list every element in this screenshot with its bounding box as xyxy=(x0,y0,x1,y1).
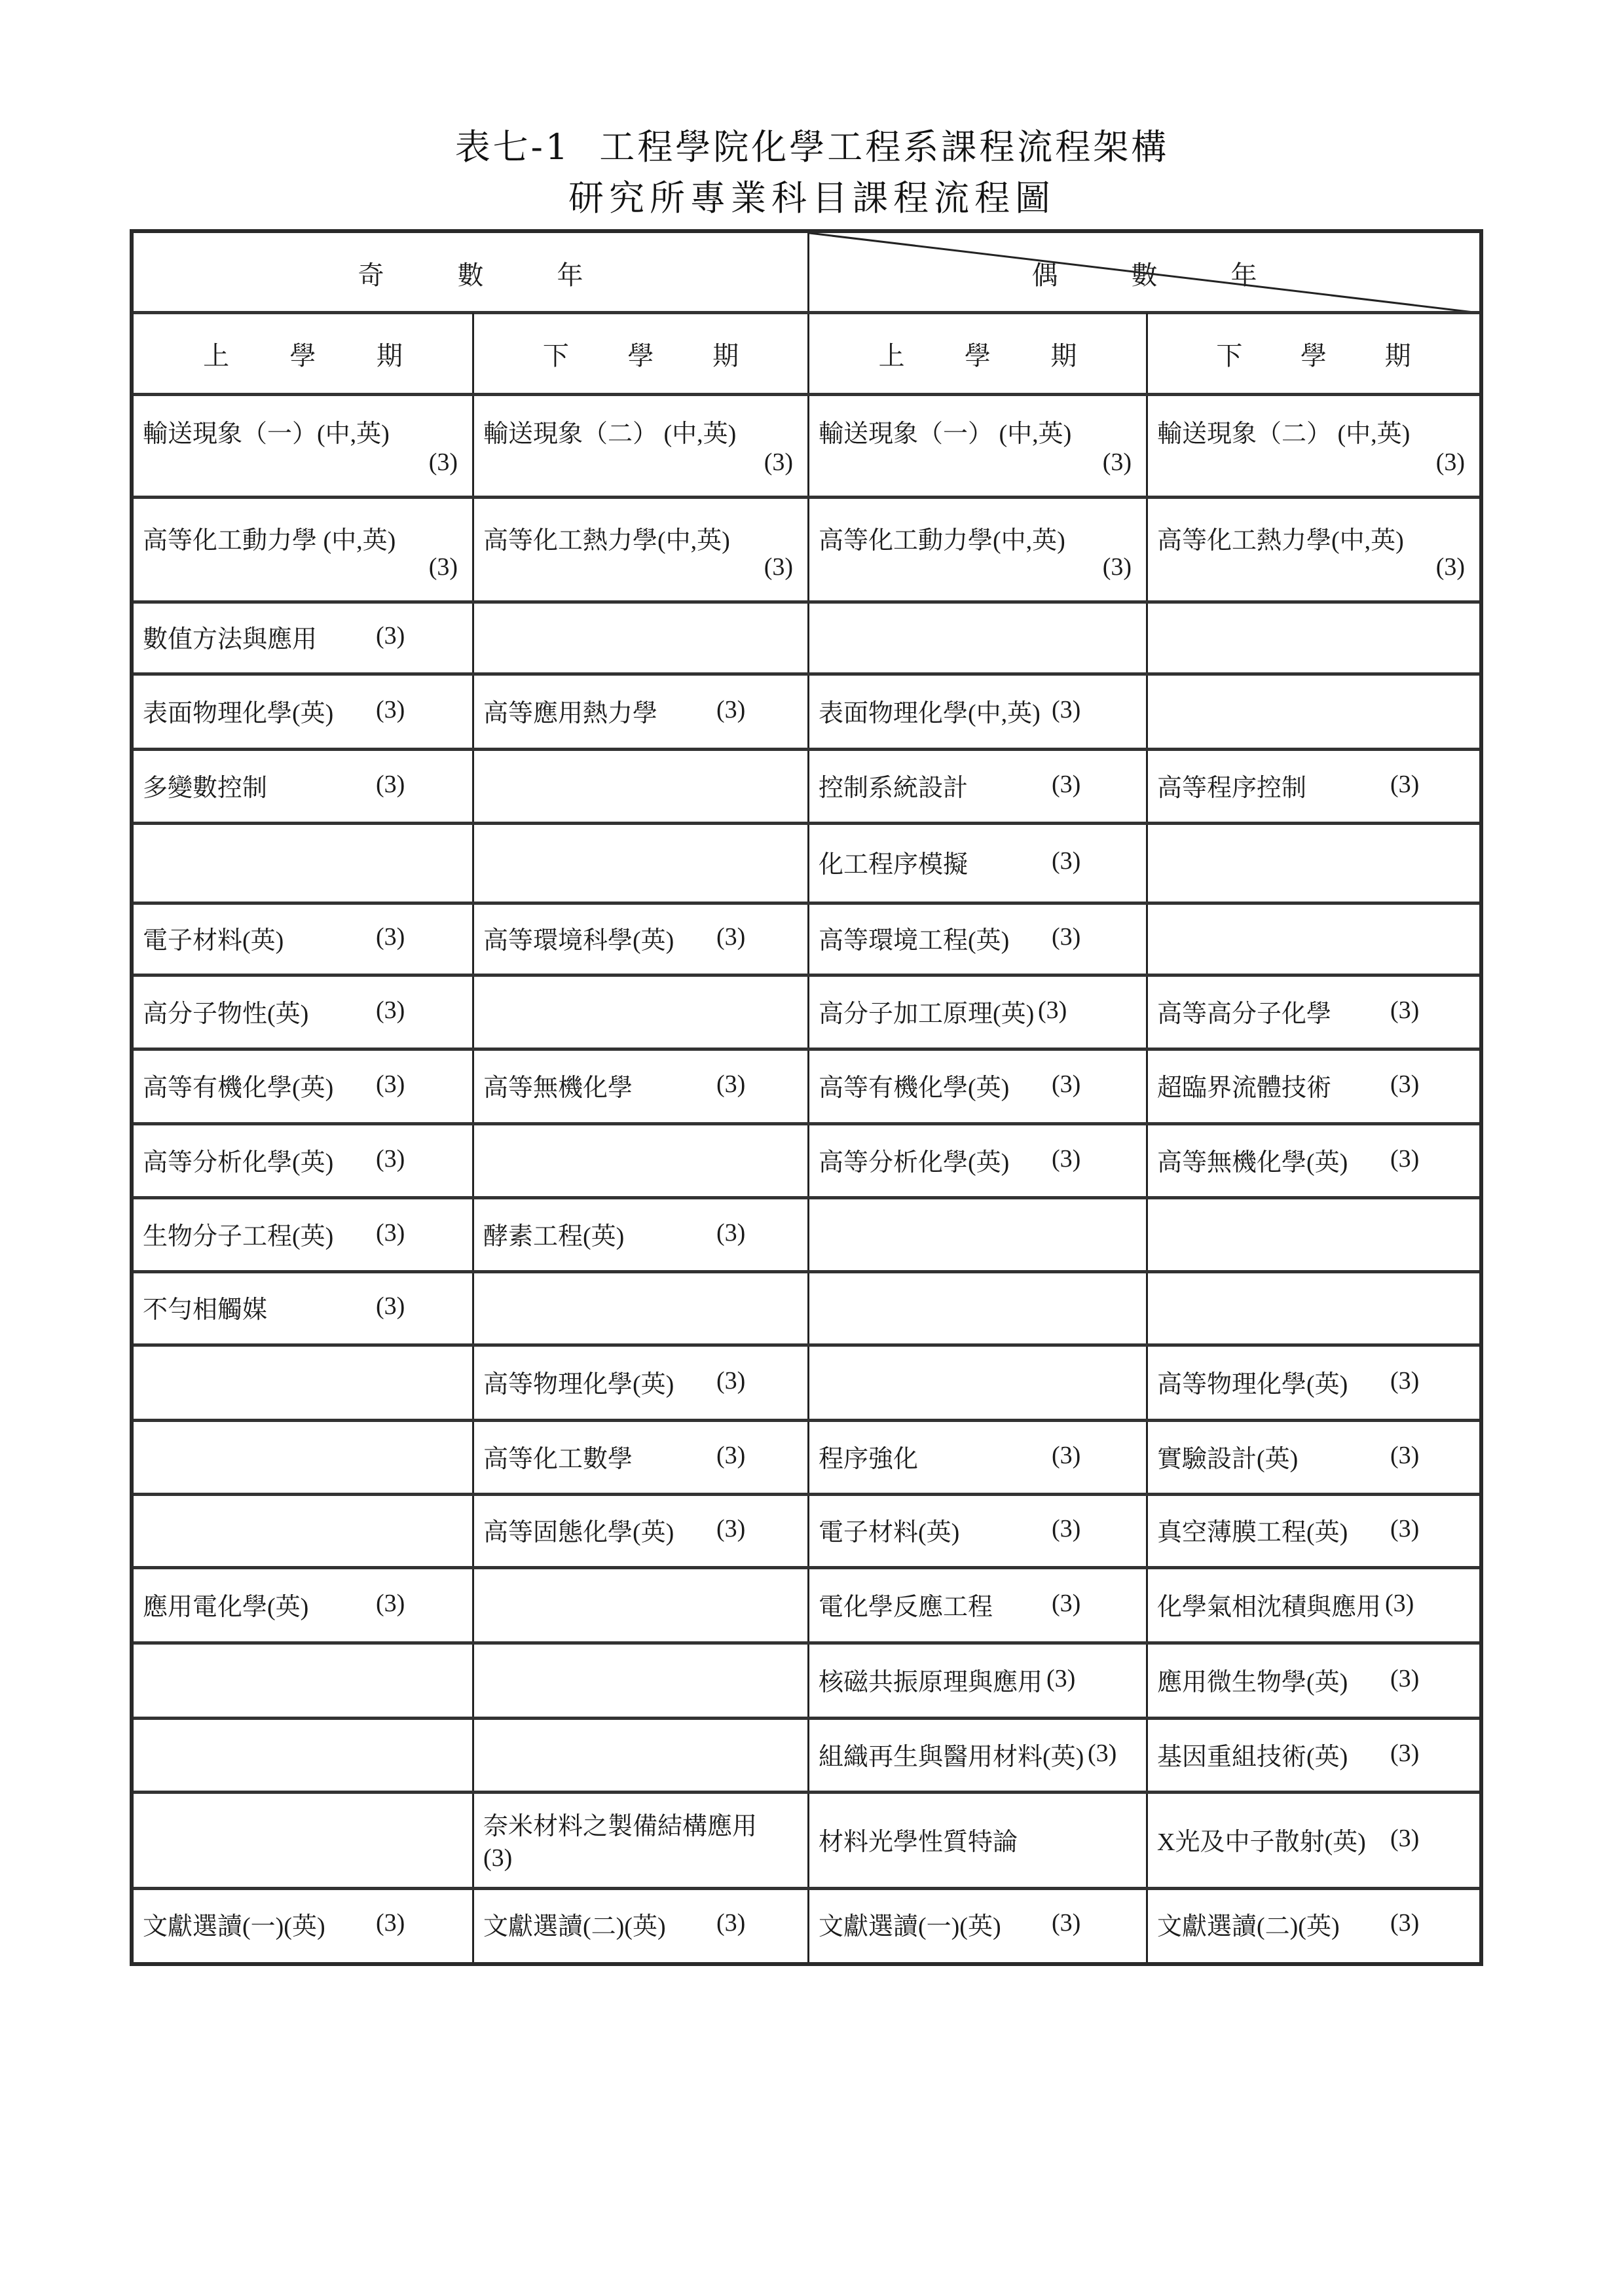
course-cell: 文獻選讀(二)(英)(3) xyxy=(1148,1889,1479,1962)
course-name: 高等高分子化學 xyxy=(1157,993,1331,1029)
course-name: 文獻選讀(二)(英) xyxy=(483,1906,666,1942)
course-name: 材料光學性質特論 xyxy=(819,1821,1018,1857)
odd-year-char: 數 xyxy=(458,255,484,292)
course-cell: 高等高分子化學(3) xyxy=(1148,975,1479,1049)
course-name: 化工程序模擬 xyxy=(819,844,968,880)
course-credits: (3) xyxy=(1038,996,1067,1025)
semester-char: 期 xyxy=(1050,335,1077,373)
course-cell: 文獻選讀(一)(英)(3) xyxy=(134,1889,472,1962)
course-cell: 文獻選讀(二)(英)(3) xyxy=(474,1889,807,1962)
course-name: 奈米材料之製備結構應用 xyxy=(483,1806,757,1842)
semester-char: 期 xyxy=(712,335,739,373)
empty-cell xyxy=(1148,674,1479,750)
course-name: 基因重組技術(英) xyxy=(1157,1736,1348,1772)
course-name: 文獻選讀(一)(英) xyxy=(143,1906,325,1942)
course-cell: 核磁共振原理與應用(3) xyxy=(809,1643,1146,1719)
empty-cell xyxy=(134,1719,472,1793)
course-cell: 控制系統設計(3) xyxy=(809,750,1146,824)
course-credits: (3) xyxy=(1390,1908,1419,1937)
course-credits: (3) xyxy=(376,1589,405,1618)
semester-char: 期 xyxy=(377,335,403,373)
course-cell: 材料光學性質特論 xyxy=(809,1793,1146,1889)
course-cell: 輸送現象（二） (中,英)(3) xyxy=(474,391,807,498)
course-credits: (3) xyxy=(1390,996,1419,1025)
course-name: 應用微生物學(英) xyxy=(1157,1662,1348,1698)
course-name: 輸送現象（一） (中,英) xyxy=(819,413,1071,449)
empty-cell xyxy=(474,1272,807,1345)
course-credits: (3) xyxy=(376,1218,405,1247)
course-cell: 程序強化(3) xyxy=(809,1421,1146,1495)
title-line-1: 工程學院化學工程系課程流程架構 xyxy=(599,126,1169,168)
course-credits: (3) xyxy=(1390,1514,1419,1543)
course-name: 生物分子工程(英) xyxy=(143,1216,333,1252)
course-credits: (3) xyxy=(1052,1589,1080,1618)
course-cell: 高等物理化學(英)(3) xyxy=(474,1345,807,1421)
course-cell: 化工程序模擬(3) xyxy=(809,824,1146,903)
course-name: 高等有機化學(英) xyxy=(819,1067,1009,1103)
course-cell: 高等有機化學(英)(3) xyxy=(134,1049,472,1124)
course-credits: (3) xyxy=(1385,1589,1414,1618)
course-cell: 多變數控制(3) xyxy=(134,750,472,824)
course-name: 輸送現象（二） (中,英) xyxy=(1157,413,1410,449)
empty-cell xyxy=(134,1495,472,1568)
course-cell: 高等化工數學(3) xyxy=(474,1421,807,1495)
course-cell: 高等有機化學(英)(3) xyxy=(809,1049,1146,1124)
course-credits: (3) xyxy=(1390,1664,1419,1693)
course-credits: (3) xyxy=(716,1514,745,1543)
course-name: 電化學反應工程 xyxy=(819,1586,993,1622)
course-credits: (3) xyxy=(376,1070,405,1099)
course-credits: (3) xyxy=(429,553,458,581)
semester-header: 上學期 xyxy=(809,313,1146,395)
empty-cell xyxy=(134,1793,472,1889)
course-name: 高等分析化學(英) xyxy=(819,1142,1009,1178)
course-credits: (3) xyxy=(1052,770,1080,799)
course-credits: (3) xyxy=(1052,922,1080,951)
course-cell: 超臨界流體技術(3) xyxy=(1148,1049,1479,1124)
course-cell: 不勻相觸媒(3) xyxy=(134,1272,472,1345)
course-name: 組織再生與醫用材料(英) xyxy=(819,1736,1084,1772)
empty-cell xyxy=(474,1124,807,1198)
course-name: 高等化工熱力學(中,英) xyxy=(1157,520,1404,556)
course-credits: (3) xyxy=(716,1366,745,1395)
course-name: 高等化工動力學(中,英) xyxy=(819,520,1065,556)
course-credits: (3) xyxy=(1436,448,1465,477)
course-name: 高等化工熱力學(中,英) xyxy=(483,520,730,556)
empty-cell xyxy=(809,602,1146,674)
course-cell: 高等化工動力學 (中,英)(3) xyxy=(134,498,472,602)
course-cell: 實驗設計(英)(3) xyxy=(1148,1421,1479,1495)
semester-header: 下學期 xyxy=(474,313,807,395)
course-name: 高等應用熱力學 xyxy=(483,693,657,729)
empty-cell xyxy=(474,975,807,1049)
course-cell: 生物分子工程(英)(3) xyxy=(134,1198,472,1272)
course-credits: (3) xyxy=(1390,1824,1419,1853)
course-name: 多變數控制 xyxy=(143,767,267,803)
empty-cell xyxy=(1148,602,1479,674)
course-cell: 酵素工程(英)(3) xyxy=(474,1198,807,1272)
course-credits: (3) xyxy=(1390,1144,1419,1173)
course-name: 超臨界流體技術 xyxy=(1157,1067,1331,1103)
table-number: 表七-1 xyxy=(455,126,571,168)
course-credits: (3) xyxy=(716,695,745,724)
course-cell: 高分子加工原理(英)(3) xyxy=(809,975,1146,1049)
course-name: 應用電化學(英) xyxy=(143,1586,308,1622)
course-name: 高等有機化學(英) xyxy=(143,1067,333,1103)
empty-cell xyxy=(474,1643,807,1719)
course-credits: (3) xyxy=(1052,1070,1080,1099)
course-name: 輸送現象（二） (中,英) xyxy=(483,413,736,449)
course-credits: (3) xyxy=(1046,1664,1075,1693)
course-cell: 電子材料(英)(3) xyxy=(134,903,472,975)
semester-char: 學 xyxy=(627,335,654,373)
course-cell: 電化學反應工程(3) xyxy=(809,1568,1146,1643)
course-credits: (3) xyxy=(716,1908,745,1937)
course-cell: 組織再生與醫用材料(英)(3) xyxy=(809,1719,1146,1793)
course-name: 不勻相觸媒 xyxy=(143,1289,267,1325)
empty-cell xyxy=(134,824,472,903)
course-credits: (3) xyxy=(1390,1441,1419,1470)
course-name: 高等固態化學(英) xyxy=(483,1512,674,1548)
semester-char: 期 xyxy=(1385,335,1411,373)
course-cell: 電子材料(英)(3) xyxy=(809,1495,1146,1568)
course-credits: (3) xyxy=(1052,1441,1080,1470)
course-credits: (3) xyxy=(1436,553,1465,581)
course-name: 程序強化 xyxy=(819,1438,918,1474)
empty-cell xyxy=(134,1421,472,1495)
course-cell: 高分子物性(英)(3) xyxy=(134,975,472,1049)
course-cell: 表面物理化學(英)(3) xyxy=(134,674,472,750)
course-cell: 高等環境工程(英)(3) xyxy=(809,903,1146,975)
course-name: 實驗設計(英) xyxy=(1157,1438,1298,1474)
course-credits: (3) xyxy=(764,448,793,477)
course-name: 文獻選讀(一)(英) xyxy=(819,1906,1001,1942)
course-name: 高分子物性(英) xyxy=(143,993,308,1029)
course-credits: (3) xyxy=(376,621,405,650)
course-cell: 高等環境科學(英)(3) xyxy=(474,903,807,975)
course-credits: (3) xyxy=(376,996,405,1025)
odd-year-header: 奇 數 年 xyxy=(134,233,807,313)
course-credits: (3) xyxy=(1390,770,1419,799)
course-name: 電子材料(英) xyxy=(143,920,284,956)
course-credits: (3) xyxy=(1390,1366,1419,1395)
empty-cell xyxy=(809,1198,1146,1272)
course-credits: (3) xyxy=(716,922,745,951)
odd-year-char: 奇 xyxy=(358,255,384,292)
empty-cell xyxy=(474,602,807,674)
course-cell: 高等無機化學(3) xyxy=(474,1049,807,1124)
empty-cell xyxy=(1148,1198,1479,1272)
course-credits: (3) xyxy=(1390,1739,1419,1768)
empty-cell xyxy=(1148,903,1479,975)
course-name: 酵素工程(英) xyxy=(483,1216,624,1252)
course-name: 高等環境科學(英) xyxy=(483,920,674,956)
course-credits: (3) xyxy=(764,553,793,581)
odd-year-char: 年 xyxy=(557,255,583,292)
course-credits: (3) xyxy=(376,770,405,799)
course-credits: (3) xyxy=(376,695,405,724)
course-name: 數值方法與應用 xyxy=(143,619,317,655)
course-name: 高等化工數學 xyxy=(483,1438,633,1474)
course-name: 核磁共振原理與應用 xyxy=(819,1662,1043,1698)
empty-cell xyxy=(134,1345,472,1421)
course-credits: (3) xyxy=(1103,553,1132,581)
course-cell: 輸送現象（一） (中,英)(3) xyxy=(809,391,1146,498)
course-credits: (3) xyxy=(1052,695,1080,724)
course-credits: (3) xyxy=(716,1218,745,1247)
course-credits: (3) xyxy=(1052,1514,1080,1543)
course-credits: (3) xyxy=(1052,1908,1080,1937)
course-name: 表面物理化學(中,英) xyxy=(819,693,1041,729)
course-cell: 輸送現象（二） (中,英)(3) xyxy=(1148,391,1479,498)
course-cell: 數值方法與應用(3) xyxy=(134,602,472,674)
course-credits: (3) xyxy=(1052,847,1080,875)
semester-char: 上 xyxy=(203,335,229,373)
course-cell: 高等物理化學(英)(3) xyxy=(1148,1345,1479,1421)
empty-cell xyxy=(474,750,807,824)
course-cell: 表面物理化學(中,英)(3) xyxy=(809,674,1146,750)
course-credits: (3) xyxy=(1052,1144,1080,1173)
course-credits: (3) xyxy=(1088,1739,1116,1768)
course-cell: 應用微生物學(英)(3) xyxy=(1148,1643,1479,1719)
empty-cell xyxy=(134,1643,472,1719)
semester-char: 下 xyxy=(543,335,569,373)
course-credits: (3) xyxy=(376,922,405,951)
course-name: 高等無機化學 xyxy=(483,1067,633,1103)
semester-char: 學 xyxy=(1301,335,1327,373)
course-cell: 化學氣相沈積與應用(3) xyxy=(1148,1568,1479,1643)
course-name: 化學氣相沈積與應用 xyxy=(1157,1586,1381,1622)
course-name: 文獻選讀(二)(英) xyxy=(1157,1906,1340,1942)
course-flow-table: 奇 數 年 偶 數 年 上學期 下學期 上學期 下學期 輸送現象（一）(中,英)… xyxy=(130,229,1483,1966)
semester-char: 學 xyxy=(289,335,316,373)
course-name: 高分子加工原理(英) xyxy=(819,993,1034,1029)
empty-cell xyxy=(1148,1272,1479,1345)
semester-char: 學 xyxy=(965,335,991,373)
course-credits: (3) xyxy=(429,448,458,477)
course-name: 電子材料(英) xyxy=(819,1512,959,1548)
course-cell: 真空薄膜工程(英)(3) xyxy=(1148,1495,1479,1568)
course-cell: 輸送現象（一）(中,英)(3) xyxy=(134,391,472,498)
course-cell: 高等化工熱力學(中,英)(3) xyxy=(1148,498,1479,602)
course-cell: 高等化工動力學(中,英)(3) xyxy=(809,498,1146,602)
course-credits: (3) xyxy=(1390,1070,1419,1099)
course-name: 輸送現象（一）(中,英) xyxy=(143,413,390,449)
course-cell: 高等程序控制(3) xyxy=(1148,750,1479,824)
course-name: 表面物理化學(英) xyxy=(143,693,333,729)
course-cell: 高等無機化學(英)(3) xyxy=(1148,1124,1479,1198)
course-name: 高等物理化學(英) xyxy=(1157,1364,1348,1400)
diagonal-slash xyxy=(809,233,1479,313)
course-name: X光及中子散射(英) xyxy=(1157,1821,1366,1857)
course-credits: (3) xyxy=(1103,448,1132,477)
empty-cell xyxy=(474,1568,807,1643)
course-cell: 高等分析化學(英)(3) xyxy=(134,1124,472,1198)
course-cell: 高等應用熱力學(3) xyxy=(474,674,807,750)
course-credits: (3) xyxy=(716,1441,745,1470)
semester-char: 下 xyxy=(1216,335,1242,373)
course-cell: 基因重組技術(英)(3) xyxy=(1148,1719,1479,1793)
empty-cell xyxy=(474,824,807,903)
document-subtitle: 研究所專業科目課程流程圖 xyxy=(0,170,1624,221)
semester-header: 上學期 xyxy=(134,313,472,395)
course-credits: (3) xyxy=(483,1844,512,1872)
empty-cell xyxy=(1148,824,1479,903)
semester-char: 上 xyxy=(879,335,905,373)
course-name: 高等程序控制 xyxy=(1157,767,1306,803)
empty-cell xyxy=(474,1719,807,1793)
course-name: 高等分析化學(英) xyxy=(143,1142,333,1178)
course-cell: 高等固態化學(英)(3) xyxy=(474,1495,807,1568)
empty-cell xyxy=(809,1345,1146,1421)
course-cell: X光及中子散射(英)(3) xyxy=(1148,1793,1479,1889)
course-credits: (3) xyxy=(376,1908,405,1937)
course-cell: 文獻選讀(一)(英)(3) xyxy=(809,1889,1146,1962)
course-credits: (3) xyxy=(716,1070,745,1099)
course-cell: 奈米材料之製備結構應用(3) xyxy=(474,1793,807,1889)
course-cell: 高等分析化學(英)(3) xyxy=(809,1124,1146,1198)
document-title: 表七-1工程學院化學工程系課程流程架構 xyxy=(0,119,1624,170)
course-name: 高等環境工程(英) xyxy=(819,920,1009,956)
empty-cell xyxy=(809,1272,1146,1345)
course-cell: 應用電化學(英)(3) xyxy=(134,1568,472,1643)
course-name: 高等無機化學(英) xyxy=(1157,1142,1348,1178)
course-credits: (3) xyxy=(376,1144,405,1173)
course-credits: (3) xyxy=(376,1292,405,1321)
course-name: 真空薄膜工程(英) xyxy=(1157,1512,1348,1548)
course-name: 高等化工動力學 (中,英) xyxy=(143,520,396,556)
course-name: 控制系統設計 xyxy=(819,767,968,803)
course-name: 高等物理化學(英) xyxy=(483,1364,674,1400)
course-cell: 高等化工熱力學(中,英)(3) xyxy=(474,498,807,602)
semester-header: 下學期 xyxy=(1148,313,1479,395)
